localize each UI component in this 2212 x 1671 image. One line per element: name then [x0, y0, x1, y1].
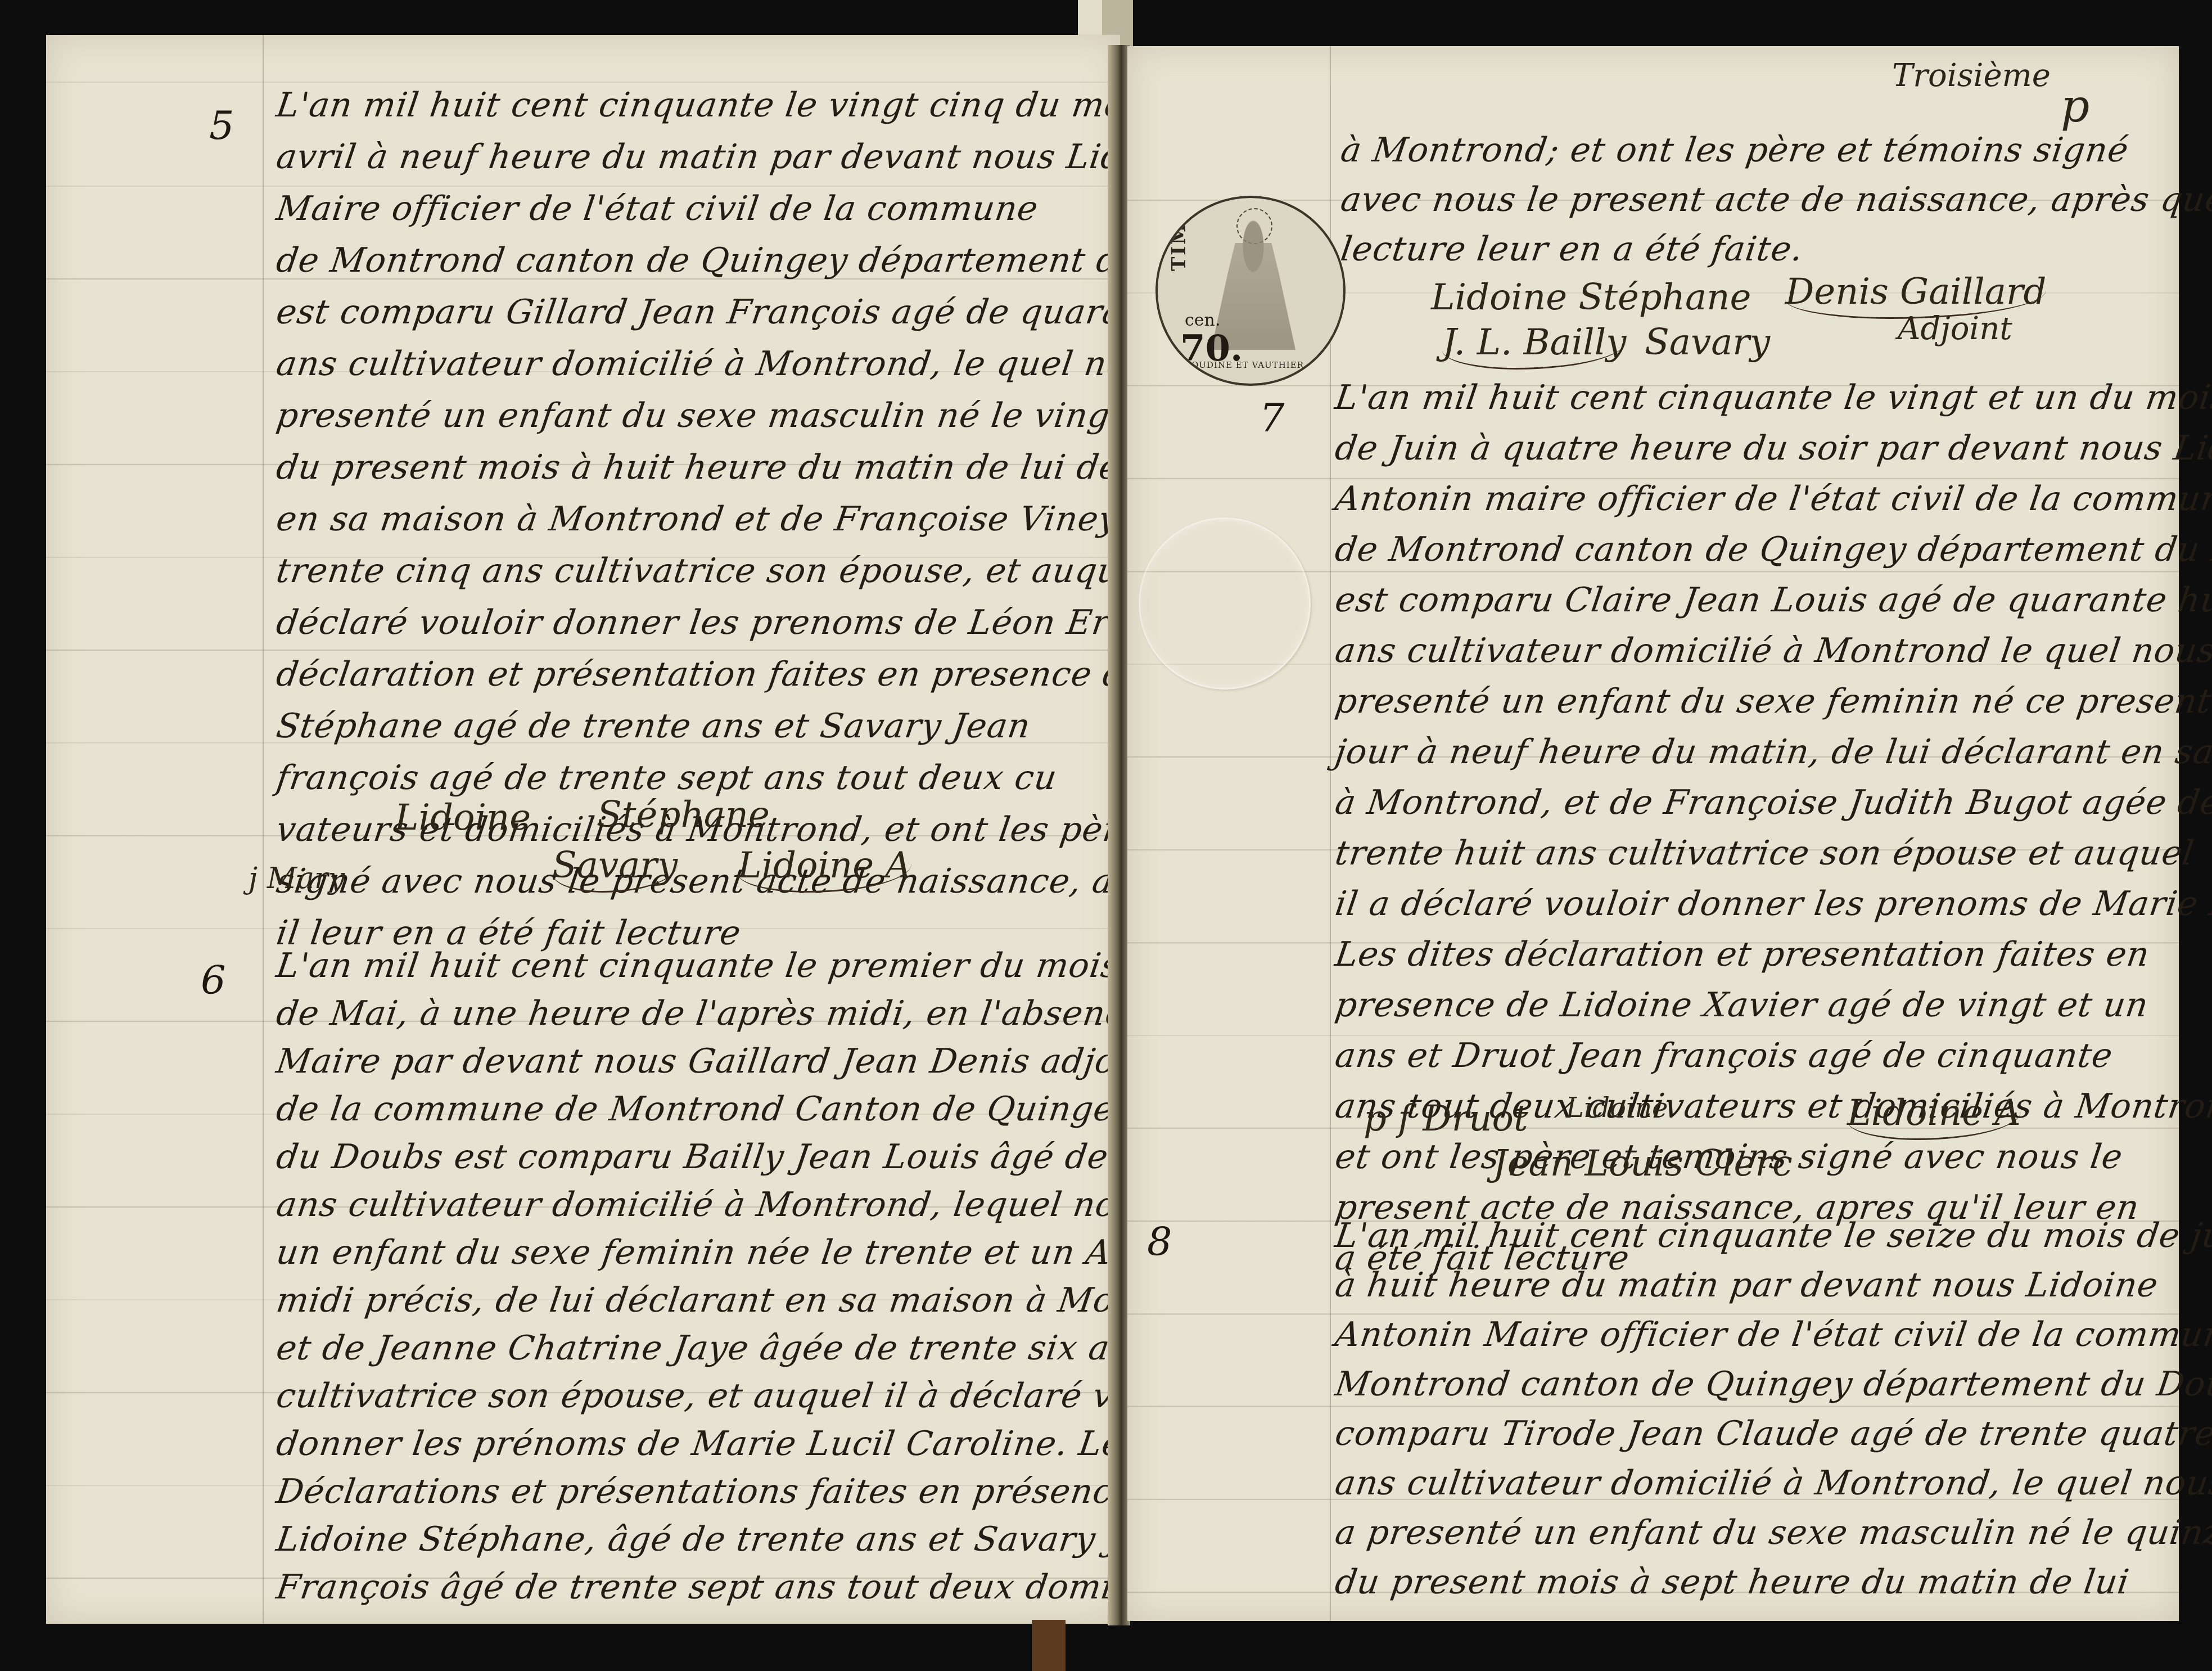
- entry-number-6: 6: [201, 957, 226, 1003]
- text-line: avec nous le present acte de naissance, …: [1338, 180, 2212, 219]
- text-line: Lidoine Stéphane, âgé de trente ans et S…: [274, 1520, 1144, 1559]
- signature-lidoine-a: Lidoine A: [1847, 1092, 2021, 1140]
- book-gutter: [1108, 45, 1130, 1625]
- text-line: presence de Lidoine Xavier agé de vingt …: [1333, 985, 2151, 1025]
- signature-lidoine-stephane: Lidoine Stéphane: [1431, 277, 1751, 318]
- signature-lidoine-a: Lidoine A: [738, 845, 911, 893]
- entry-number-5: 5: [209, 102, 234, 148]
- text-line: ans cultivateur domicilié à Montrond le …: [1333, 631, 2212, 670]
- text-line: françois agé de trente sept ans tout deu…: [274, 758, 1059, 798]
- text-line: L'an mil huit cent cinquante le vingt et…: [1333, 378, 2212, 417]
- entry-number-8: 8: [1147, 1219, 1172, 1265]
- text-line: de Mai, à une heure de l'après midi, en …: [274, 994, 1204, 1033]
- text-line: à huit heure du matin par devant nous Li…: [1333, 1265, 2161, 1305]
- signature-lidoine: Lidoine: [395, 797, 531, 839]
- text-line: du present mois à huit heure du matin de…: [274, 448, 1211, 487]
- left-page: 5 L'an mil huit cent cinquante le vingt …: [46, 35, 1120, 1624]
- text-line: midi précis, de lui déclarant en sa mais…: [274, 1281, 1191, 1320]
- text-line: à Montrond; et ont les père et témoins s…: [1338, 130, 2131, 170]
- text-line: est comparu Claire Jean Louis agé de qua…: [1333, 580, 2212, 620]
- text-line: jour à neuf heure du matin, de lui décla…: [1333, 732, 2212, 772]
- text-line: trente huit ans cultivatrice son épouse …: [1333, 834, 2197, 873]
- fiscal-stamp: TIMBRE cen. 70. OUDINE ET VAUTHIER: [1155, 196, 1346, 386]
- text-line: comparu Tirode Jean Claude agé de trente…: [1333, 1414, 2212, 1453]
- embossed-seal-icon: [1139, 517, 1311, 690]
- text-line: du present mois à sept heure du matin de…: [1333, 1562, 2132, 1602]
- text-line: est comparu Gillard Jean François agé de…: [274, 292, 1183, 332]
- text-line: trente cinq ans cultivatrice son épouse,…: [274, 551, 1154, 591]
- text-line: Stéphane agé de trente ans et Savary Jea…: [274, 706, 1033, 746]
- text-line: du Doubs est comparu Bailly Jean Louis â…: [274, 1137, 1230, 1177]
- text-line: L'an mil huit cent cinquante le premier …: [274, 946, 1122, 985]
- text-line: presenté un enfant du sexe feminin né ce…: [1333, 682, 2212, 721]
- text-line: ans cultivateur domicilié à Montrond, le…: [274, 344, 1203, 384]
- entry-number-7: 7: [1260, 395, 1285, 441]
- signature-jean-louis-clerc: Jean Louis Clerc: [1493, 1143, 1793, 1184]
- margin-rule: [263, 35, 264, 1624]
- text-line: Antonin maire officier de l'état civil d…: [1333, 479, 2212, 519]
- text-line: en sa maison à Montrond et de Françoise …: [274, 499, 1195, 539]
- signature-savary: Savary: [1645, 322, 1770, 363]
- text-line: Déclarations et présentations faites en …: [274, 1472, 1190, 1511]
- text-line: et de Jeanne Chatrine Jaye âgée de trent…: [274, 1328, 1153, 1368]
- margin-note: j Mary: [249, 862, 345, 895]
- text-line: presenté un enfant du sexe masculin né l…: [274, 396, 1161, 435]
- text-line: Antonin Maire officier de l'état civil d…: [1333, 1315, 2212, 1354]
- header-note: Troisième: [1892, 57, 2051, 94]
- text-line: Maire par devant nous Gaillard Jean Deni…: [274, 1042, 1167, 1081]
- text-line: cultivatrice son épouse, et auquel il à …: [274, 1376, 1219, 1416]
- text-line: ans et Druot Jean françois agé de cinqua…: [1333, 1036, 2115, 1075]
- text-line: L'an mil huit cent cinquante le vingt ci…: [274, 85, 1200, 125]
- stamp-ring-text: TIMBRE: [1168, 196, 1190, 271]
- signature-stephane: Stéphane: [597, 794, 770, 836]
- header-mark: p: [2061, 80, 2089, 132]
- text-line: Maire officier de l'état civil de la com…: [274, 189, 1041, 228]
- text-line: un enfant du sexe feminin née le trente …: [274, 1233, 1203, 1272]
- text-line: François âgé de trente sept ans tout deu…: [274, 1568, 1146, 1607]
- text-line: donner les prénoms de Marie Lucil Caroli…: [274, 1424, 1202, 1463]
- binding-tab: [1032, 1620, 1066, 1671]
- text-line: de Montrond canton de Quingey départemen…: [1333, 530, 2212, 569]
- signature-lidoine-small: Lidoine: [1566, 1092, 1668, 1124]
- signature-title-adjoint: Adjoint: [1898, 310, 2012, 347]
- text-line: il a déclaré vouloir donner les prenoms …: [1333, 884, 2212, 924]
- text-line: L'an mil huit cent cinquante le seize du…: [1333, 1216, 2212, 1255]
- text-line: Montrond canton de Quingey département d…: [1333, 1364, 2212, 1404]
- text-line: de Juin à quatre heure du soir par devan…: [1333, 429, 2212, 468]
- signature-jl-bailly: J. L. Bailly: [1442, 322, 1626, 370]
- signature-pf-druot: p f Druot: [1364, 1098, 1528, 1139]
- text-line: à Montrond, et de Françoise Judith Bugot…: [1333, 783, 2212, 822]
- text-line: Les dites déclaration et presentation fa…: [1333, 935, 2152, 974]
- text-line: ans cultivateur domicilié à Montrond, le…: [1333, 1463, 2212, 1503]
- text-line: a presenté un enfant du sexe masculin né…: [1333, 1513, 2212, 1552]
- signature-savary: Savary: [552, 845, 678, 893]
- text-line: de Montrond canton de Quingey départemen…: [274, 241, 1204, 280]
- stamp-maker: OUDINE ET VAUTHIER: [1191, 360, 1304, 370]
- text-line: lecture leur en a été faite.: [1338, 229, 1805, 269]
